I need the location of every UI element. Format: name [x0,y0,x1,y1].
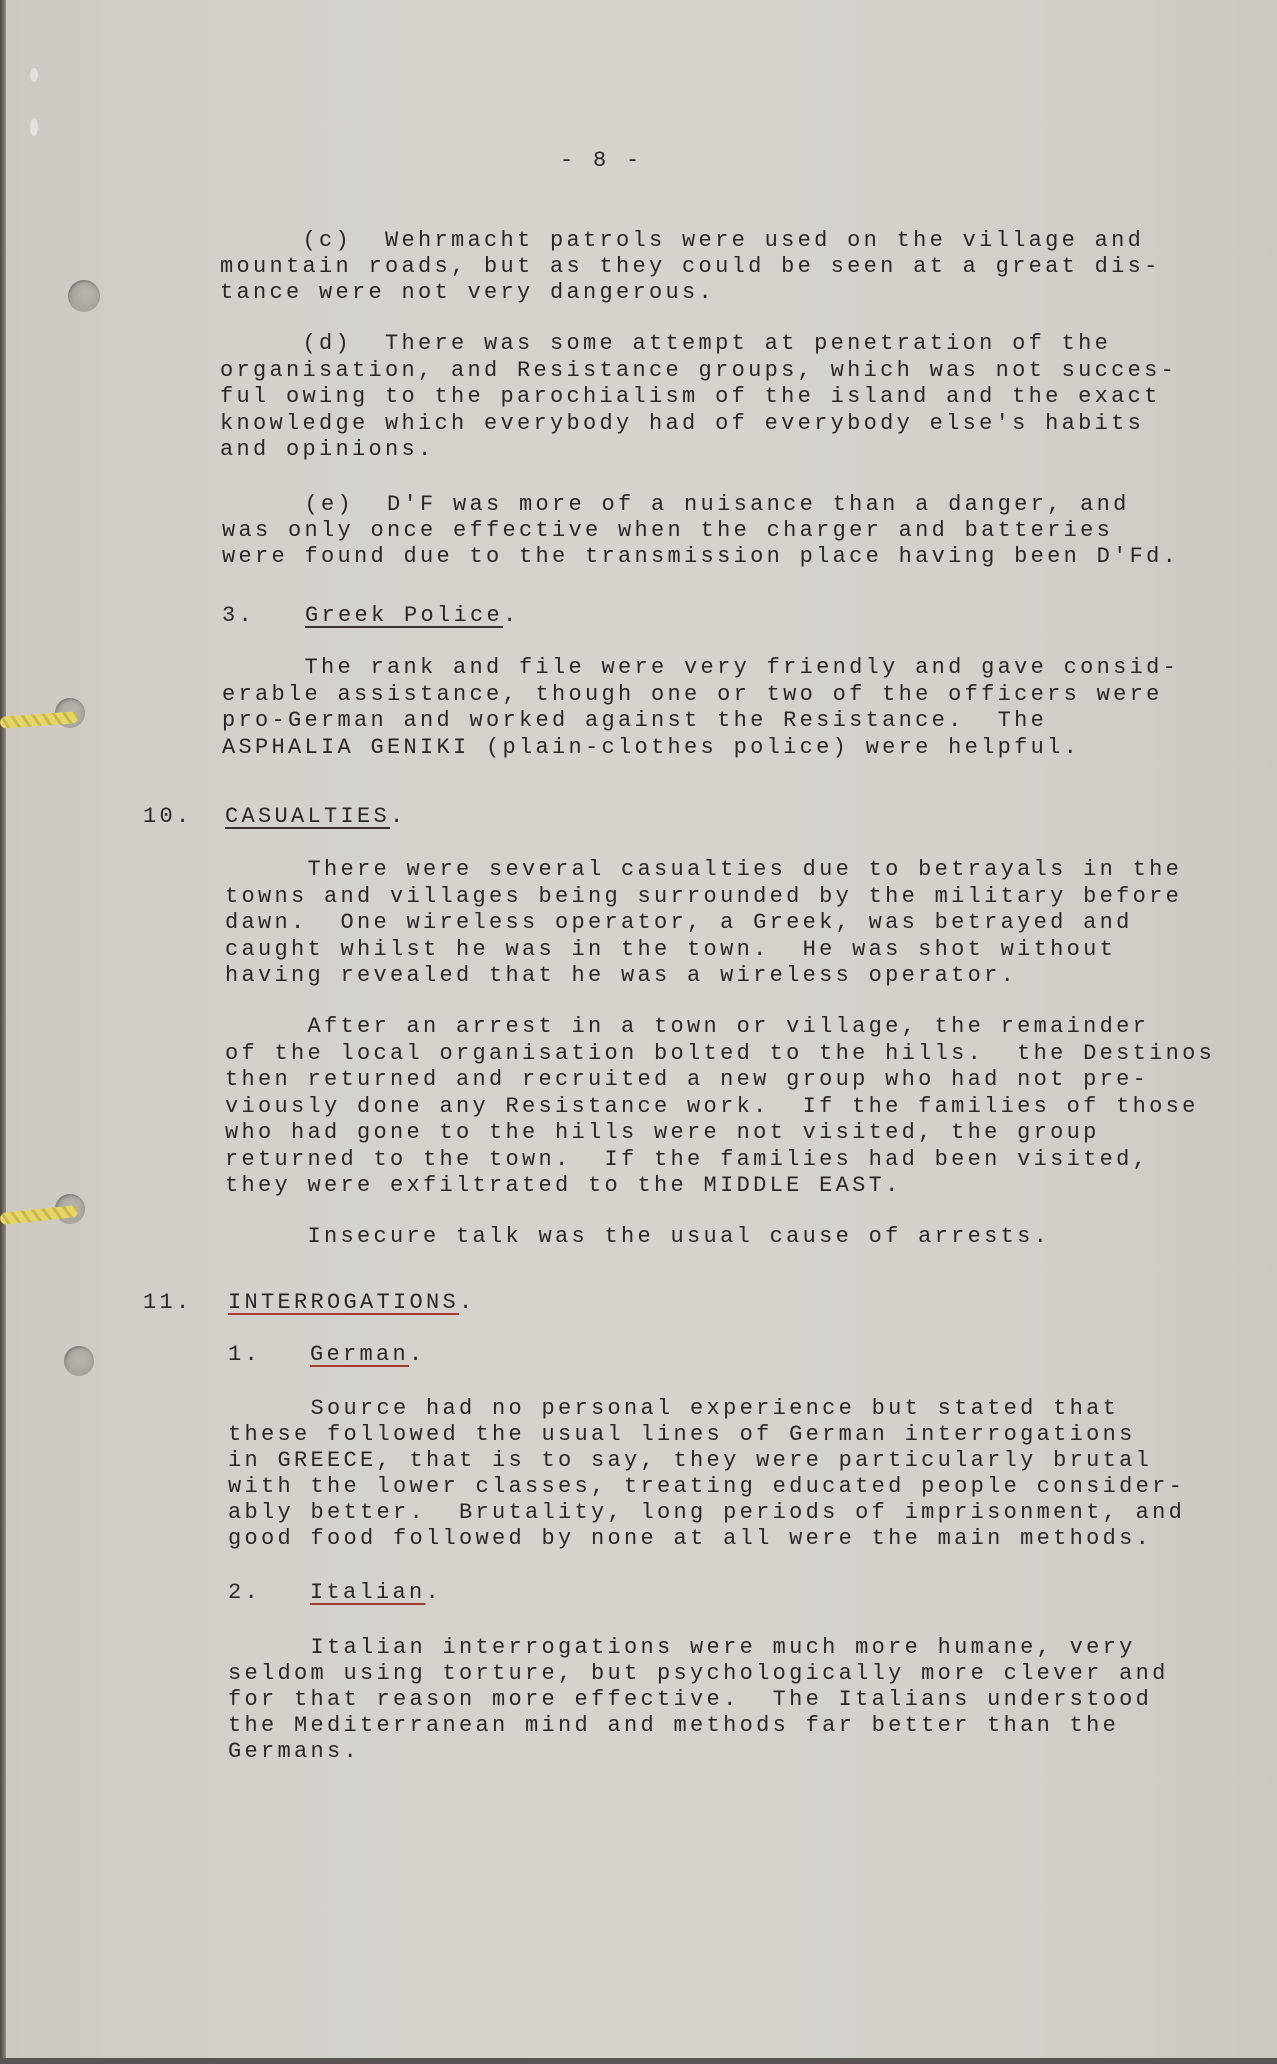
text-line: of the local organisation bolted to the … [225,1041,1215,1067]
section-heading: Greek Police. [305,603,520,629]
text-line: seldom using torture, but psychologicall… [228,1661,1169,1687]
section-title: Greek Police [305,603,503,628]
punch-hole [68,280,100,312]
text-line: (c) Wehrmacht patrols were used on the v… [220,228,1144,254]
section-title-suffix: . [390,804,407,829]
section-title-suffix: . [409,1342,426,1367]
text-line: the Mediterranean mind and methods far b… [228,1713,1119,1739]
text-line: they were exfiltrated to the MIDDLE EAST… [225,1173,902,1199]
text-line: Insecure talk was the usual cause of arr… [225,1224,1050,1250]
text-line: Germans. [228,1739,360,1765]
text-line: erable assistance, though one or two of … [222,682,1163,708]
section-number: 11. [143,1290,193,1316]
text-line: ful owing to the parochialism of the isl… [220,384,1161,410]
text-line: ASPHALIA GENIKI (plain-clothes police) w… [222,735,1080,761]
text-line: ably better. Brutality, long periods of … [228,1500,1185,1526]
text-line: mountain roads, but as they could be see… [220,254,1161,280]
text-line: (e) D'F was more of a nuisance than a da… [222,492,1130,518]
section-title-suffix: . [459,1290,476,1315]
text-line: returned to the town. If the families ha… [225,1147,1149,1173]
section-number: 10. [143,804,193,830]
text-line: organisation, and Resistance groups, whi… [220,358,1177,384]
section-title: German [310,1342,409,1367]
text-line: There were several casualties due to bet… [225,857,1182,883]
text-line: and opinions. [220,437,435,463]
section-title-suffix: . [503,603,520,628]
binding-edge [0,0,6,2064]
section-title: INTERROGATIONS [228,1290,459,1315]
text-line: Italian interrogations were much more hu… [228,1635,1136,1661]
text-line: who had gone to the hills were not visit… [225,1120,1100,1146]
section-number: 1. [228,1342,261,1368]
text-line: tance were not very dangerous. [220,280,715,306]
text-line: pro-German and worked against the Resist… [222,708,1047,734]
text-line: dawn. One wireless operator, a Greek, wa… [225,910,1133,936]
text-line: good food followed by none at all were t… [228,1526,1152,1552]
section-number: 2. [228,1580,261,1606]
section-title: Italian [310,1580,426,1605]
section-heading: CASUALTIES. [225,804,407,830]
paper-tear [30,118,38,136]
section-number: 3. [222,603,255,629]
text-line: After an arrest in a town or village, th… [225,1014,1149,1040]
section-title: CASUALTIES [225,804,390,829]
text-line: The rank and file were very friendly and… [222,655,1179,681]
section-heading: INTERROGATIONS. [228,1290,476,1316]
section-heading: Italian. [310,1580,442,1606]
punch-hole [64,1346,94,1376]
page-bottom-edge [0,2058,1277,2064]
paper-tear [30,68,38,82]
text-line: with the lower classes, treating educate… [228,1474,1185,1500]
text-line: caught whilst he was in the town. He was… [225,937,1116,963]
text-line: viously done any Resistance work. If the… [225,1094,1199,1120]
text-line: was only once effective when the charger… [222,518,1113,544]
text-line: Source had no personal experience but st… [228,1396,1119,1422]
text-line: for that reason more effective. The Ital… [228,1687,1152,1713]
page-number: - 8 - [560,148,643,174]
text-line: having revealed that he was a wireless o… [225,963,1017,989]
text-line: were found due to the transmission place… [222,544,1179,570]
text-line: in GREECE, that is to say, they were par… [228,1448,1152,1474]
text-line: knowledge which everybody had of everybo… [220,411,1144,437]
section-heading: German. [310,1342,426,1368]
text-line: towns and villages being surrounded by t… [225,884,1182,910]
section-title-suffix: . [426,1580,443,1605]
text-line: then returned and recruited a new group … [225,1067,1149,1093]
text-line: these followed the usual lines of German… [228,1422,1136,1448]
text-line: (d) There was some attempt at penetratio… [220,331,1111,357]
